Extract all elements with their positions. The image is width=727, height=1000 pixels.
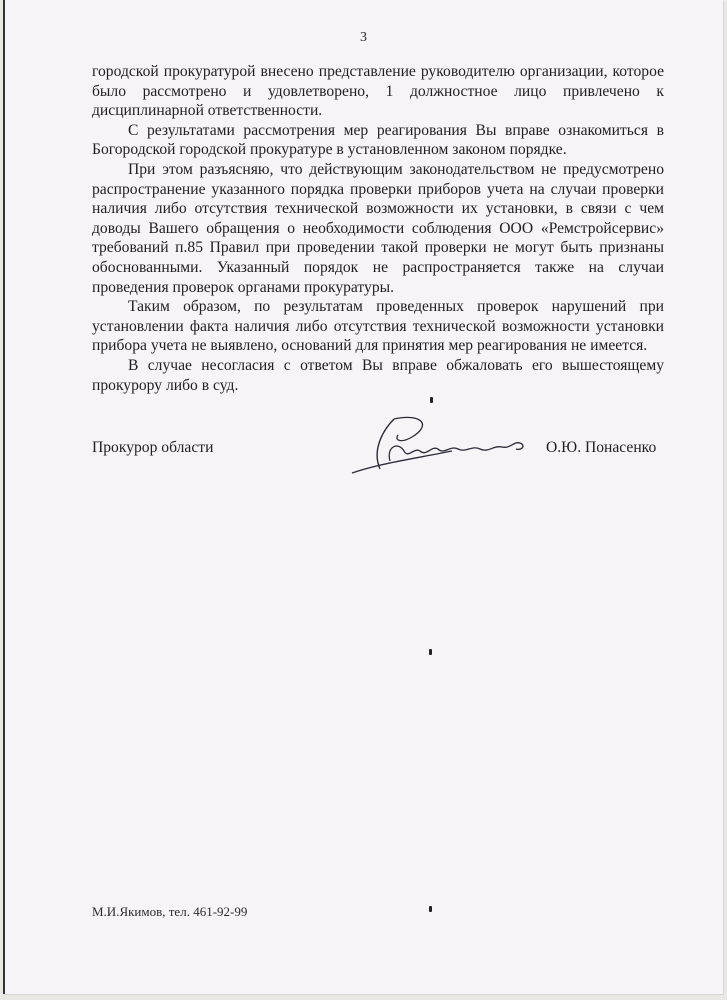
paragraph-3: При этом разъясняю, что действующим зако… xyxy=(92,160,664,297)
signatory-title: Прокурор области xyxy=(92,439,213,457)
executor-contact: М.И.Якимов, тел. 461-92-99 xyxy=(92,904,247,920)
paragraph-5: В случае несогласия с ответом Вы вправе … xyxy=(92,356,664,395)
letter-body: городской прокуратурой внесено представл… xyxy=(92,62,664,395)
paragraph-2: С результатами рассмотрения мер реагиров… xyxy=(92,121,664,160)
signatory-name: О.Ю. Понасенко xyxy=(546,439,656,457)
scan-artifact-mark xyxy=(429,649,432,655)
signature-block: Прокурор области О.Ю. Понасенко xyxy=(92,439,672,499)
scan-artifact-mark xyxy=(429,906,432,912)
paragraph-4: Таким образом, по результатам проведенны… xyxy=(92,297,664,356)
page-number: 3 xyxy=(0,30,727,46)
paragraph-1: городской прокуратурой внесено представл… xyxy=(92,62,664,121)
scan-artifact-mark xyxy=(430,397,433,403)
handwritten-signature-icon xyxy=(342,411,542,481)
